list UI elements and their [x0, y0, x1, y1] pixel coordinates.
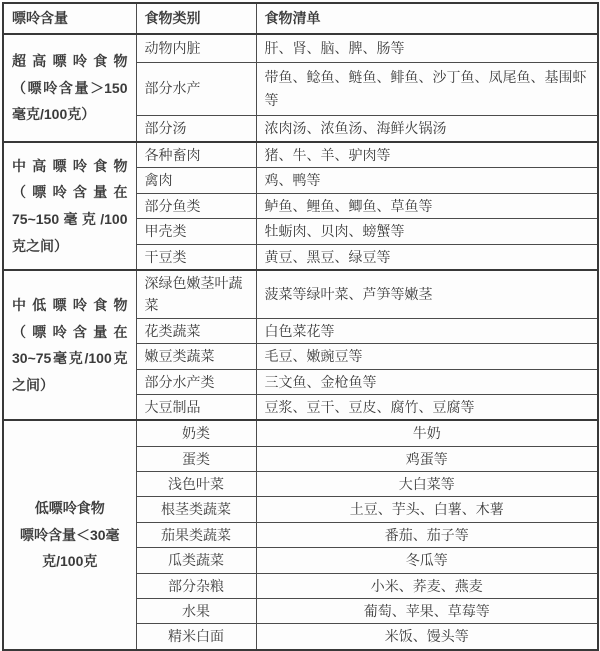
food-list-cell: 菠菜等绿叶菜、芦笋等嫩茎	[256, 270, 598, 318]
food-list-cell: 三文鱼、金枪鱼等	[256, 369, 598, 394]
food-list-cell: 葡萄、苹果、草莓等	[256, 599, 598, 624]
category-cell: 花类蔬菜	[136, 318, 256, 343]
food-list-cell: 猪、牛、羊、驴肉等	[256, 142, 598, 168]
category-cell: 动物内脏	[136, 34, 256, 62]
col-header-food-category: 食物类别	[136, 3, 256, 34]
header-row: 嘌呤含量 食物类别 食物清单	[3, 3, 598, 34]
group-name: 低嘌呤食物	[12, 495, 128, 522]
food-list-cell: 牡蛎肉、贝肉、螃蟹等	[256, 219, 598, 244]
group-name: 超高嘌呤食物	[12, 48, 128, 75]
food-list-cell: 白色菜花等	[256, 318, 598, 343]
food-list-cell: 番茄、茄子等	[256, 522, 598, 547]
purine-content-table: 嘌呤含量 食物类别 食物清单 超高嘌呤食物 （嘌呤含量＞150毫克/100克） …	[2, 2, 599, 651]
food-list-cell: 肝、肾、脑、脾、肠等	[256, 34, 598, 62]
category-cell: 瓜类蔬菜	[136, 548, 256, 573]
table-row: 低嘌呤食物 嘌呤含量＜30毫克/100克 奶类 牛奶	[3, 420, 598, 446]
food-list-cell: 米饭、馒头等	[256, 624, 598, 650]
food-list-cell: 牛奶	[256, 420, 598, 446]
table-row: 超高嘌呤食物 （嘌呤含量＞150毫克/100克） 动物内脏 肝、肾、脑、脾、肠等	[3, 34, 598, 62]
group-label-low: 低嘌呤食物 嘌呤含量＜30毫克/100克	[3, 420, 136, 650]
food-list-cell: 鸡、鸭等	[256, 168, 598, 193]
category-cell: 部分鱼类	[136, 193, 256, 218]
category-cell: 浅色叶菜	[136, 472, 256, 497]
category-cell: 部分汤	[136, 115, 256, 142]
group-name: 中高嘌呤食物	[12, 153, 128, 180]
category-cell: 奶类	[136, 420, 256, 446]
group-label-medium-low: 中低嘌呤食物 （嘌呤含量在30~75毫克/100克之间）	[3, 270, 136, 420]
category-cell: 部分水产	[136, 62, 256, 115]
group-range: 嘌呤含量＜30毫克/100克	[12, 522, 128, 575]
category-cell: 水果	[136, 599, 256, 624]
group-name: 中低嘌呤食物	[12, 292, 128, 319]
group-range: （嘌呤含量在75~150毫克/100克之间）	[12, 179, 128, 259]
group-range: （嘌呤含量＞150毫克/100克）	[12, 75, 128, 128]
food-list-cell: 浓肉汤、浓鱼汤、海鲜火锅汤	[256, 115, 598, 142]
category-cell: 禽肉	[136, 168, 256, 193]
category-cell: 茄果类蔬菜	[136, 522, 256, 547]
food-list-cell: 大白菜等	[256, 472, 598, 497]
category-cell: 深绿色嫩茎叶蔬菜	[136, 270, 256, 318]
col-header-purine-content: 嘌呤含量	[3, 3, 136, 34]
group-label-medium-high: 中高嘌呤食物 （嘌呤含量在75~150毫克/100克之间）	[3, 142, 136, 270]
category-cell: 甲壳类	[136, 219, 256, 244]
food-list-cell: 土豆、芋头、白薯、木薯	[256, 497, 598, 522]
category-cell: 蛋类	[136, 446, 256, 471]
category-cell: 大豆制品	[136, 394, 256, 420]
food-list-cell: 黄豆、黑豆、绿豆等	[256, 244, 598, 270]
food-list-cell: 带鱼、鲶鱼、鲢鱼、鲱鱼、沙丁鱼、凤尾鱼、基围虾等	[256, 62, 598, 115]
page: 嘌呤含量 食物类别 食物清单 超高嘌呤食物 （嘌呤含量＞150毫克/100克） …	[0, 0, 600, 628]
col-header-food-list: 食物清单	[256, 3, 598, 34]
table-row: 中高嘌呤食物 （嘌呤含量在75~150毫克/100克之间） 各种畜肉 猪、牛、羊…	[3, 142, 598, 168]
category-cell: 嫩豆类蔬菜	[136, 344, 256, 369]
category-cell: 部分杂粮	[136, 573, 256, 598]
category-cell: 干豆类	[136, 244, 256, 270]
category-cell: 部分水产类	[136, 369, 256, 394]
category-cell: 精米白面	[136, 624, 256, 650]
food-list-cell: 豆浆、豆干、豆皮、腐竹、豆腐等	[256, 394, 598, 420]
food-list-cell: 鲈鱼、鲤鱼、鲫鱼、草鱼等	[256, 193, 598, 218]
table-row: 中低嘌呤食物 （嘌呤含量在30~75毫克/100克之间） 深绿色嫩茎叶蔬菜 菠菜…	[3, 270, 598, 318]
group-range: （嘌呤含量在30~75毫克/100克之间）	[12, 319, 128, 399]
category-cell: 各种畜肉	[136, 142, 256, 168]
food-list-cell: 鸡蛋等	[256, 446, 598, 471]
category-cell: 根茎类蔬菜	[136, 497, 256, 522]
food-list-cell: 小米、荞麦、燕麦	[256, 573, 598, 598]
food-list-cell: 毛豆、嫩豌豆等	[256, 344, 598, 369]
food-list-cell: 冬瓜等	[256, 548, 598, 573]
group-label-ultra-high: 超高嘌呤食物 （嘌呤含量＞150毫克/100克）	[3, 34, 136, 142]
